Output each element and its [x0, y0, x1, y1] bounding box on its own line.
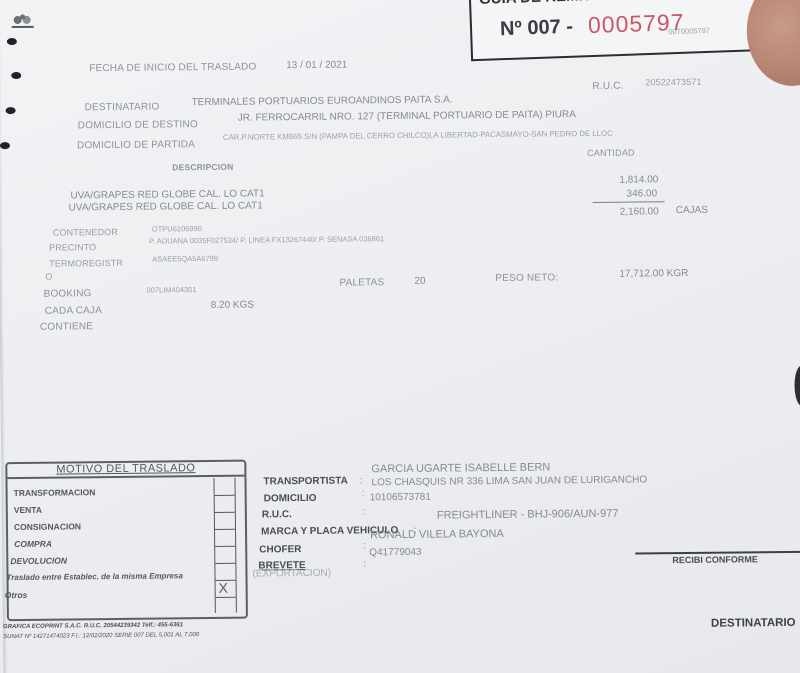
reason-checkbox-column: X — [213, 478, 236, 613]
carrier-colon-1: : — [359, 475, 362, 486]
destination-value: JR. FERROCARRIL NRO. 127 (TERMINAL PORTU… — [238, 109, 576, 124]
carrier-ruc: 10106573781 — [370, 492, 431, 504]
start-date-label: FECHA DE INICIO DEL TRASLADO — [89, 61, 256, 74]
reason-compra: COMPRA — [14, 539, 52, 549]
recipient-signature-label: DESTINATARIO — [711, 617, 796, 630]
origin-label: DOMICILIO DE PARTIDA — [77, 139, 195, 151]
binder-hole-icon — [0, 142, 10, 149]
finger-holding-document — [746, 0, 800, 86]
box-contains-value: 8.20 KGS — [211, 300, 254, 311]
vehicle-value: FREIGHTLINER - BHJ-906/AUN-977 — [437, 508, 619, 522]
sum-line — [593, 201, 665, 203]
document-series: Nº 007 - — [500, 16, 574, 42]
start-date-value: 13 / 01 / 2021 — [286, 60, 347, 72]
recorder-value: ASAEE5QA5A6799 — [152, 254, 218, 264]
reason-venta: VENTA — [14, 505, 42, 515]
driver-label: CHOFER — [259, 544, 301, 555]
carrier-ruc-label: R.U.C. — [262, 509, 292, 520]
carrier-label: TRANSPORTISTA — [263, 476, 347, 488]
barcode-number: 0070005797 — [668, 26, 710, 36]
ruc-value: 20522473571 — [645, 77, 701, 88]
items-total: 2,160.00 — [620, 206, 659, 217]
pallets-value: 20 — [414, 276, 425, 287]
checkbox-transformacion[interactable] — [214, 478, 234, 496]
items-unit: CAJAS — [676, 205, 708, 216]
document-title: GUIA DE REMISION — [479, 0, 620, 8]
carrier-colon-3: : — [363, 506, 366, 517]
reason-consignacion: CONSIGNACION — [14, 521, 81, 532]
reason-otros: Otros — [5, 590, 28, 600]
received-label: RECIBI CONFORME — [672, 554, 758, 565]
seal-value: P. ADUANA 0035F027534/ P. LINEA FX132674… — [149, 234, 384, 245]
check-x-icon: X — [219, 581, 229, 596]
checkbox-traslado-misma-empresa[interactable] — [215, 563, 235, 581]
other-reason-value: (EXPORTACION) — [252, 568, 331, 580]
item-row-1-description: UVA/GRAPES RED GLOBE CAL. LO CAT1 — [70, 188, 264, 201]
sunat-info: SUNAT Nº 14271474023 F.I.: 12/02/2020 SE… — [3, 632, 199, 640]
description-header: DESCRIPCION — [172, 162, 233, 173]
carrier-value: GARCIA UGARTE ISABELLE BERN — [371, 461, 550, 475]
driver-value: RONALD VILELA BAYONA — [370, 528, 504, 541]
seal-label: PRECINTO — [49, 242, 96, 252]
binder-hole-icon — [6, 107, 16, 114]
transfer-reason-title: MOTIVO DEL TRASLADO — [7, 462, 244, 479]
binder-hole-icon — [11, 72, 21, 79]
finger-edge — [794, 366, 800, 406]
quantity-header: CANTIDAD — [587, 148, 635, 158]
net-weight-label: PESO NETO: — [495, 272, 558, 284]
reason-transformacion: TRANSFORMACION — [14, 487, 96, 498]
recipient-label: DESTINATARIO — [85, 102, 160, 114]
recipient-name: TERMINALES PORTUARIOS EUROANDINOS PAITA … — [191, 94, 452, 108]
net-weight-value: 17,712.00 KGR — [619, 268, 688, 280]
recorder-label-cont: O — [45, 272, 52, 282]
binder-hole-icon — [7, 38, 17, 45]
reason-devolucion: DEVOLUCION — [10, 555, 67, 566]
destination-label: DOMICILIO DE DESTINO — [78, 119, 198, 131]
carrier-colon-5: : — [363, 540, 366, 551]
checkbox-blank[interactable] — [216, 597, 236, 614]
signature-line — [635, 551, 800, 554]
pallets-label: PALETAS — [339, 277, 384, 288]
carrier-colon-6: : — [363, 558, 366, 569]
recorder-label: TERMOREGISTR — [49, 258, 123, 269]
box-contains-label-2: CONTIENE — [40, 321, 93, 333]
item-row-2-quantity: 346.00 — [626, 188, 657, 199]
checkbox-devolucion[interactable] — [215, 546, 235, 564]
printer-info: GRAFICA ECOPRINT S.A.C. R.U.C. 205442393… — [3, 622, 183, 630]
checkbox-consignacion[interactable] — [215, 512, 235, 530]
transfer-reason-box: MOTIVO DEL TRASLADO TRANSFORMACION VENTA… — [5, 460, 248, 622]
checkbox-venta[interactable] — [215, 495, 235, 513]
address-label: DOMICILIO — [264, 493, 317, 505]
checkbox-compra[interactable] — [215, 529, 235, 547]
reason-traslado-misma-empresa: Traslado entre Establec. de la misma Emp… — [6, 571, 182, 582]
ruc-label: R.U.C. — [592, 81, 623, 92]
carrier-address: LOS CHASQUIS NR 336 LIMA SAN JUAN DE LUR… — [371, 474, 647, 488]
box-contains-label-1: CADA CAJA — [45, 305, 102, 317]
item-row-2-description: UVA/GRAPES RED GLOBE CAL. LO CAT1 — [69, 200, 263, 213]
item-row-1-quantity: 1,814.00 — [619, 174, 658, 185]
printer-logo-icon — [9, 14, 37, 30]
container-label: CONTENEDOR — [53, 227, 118, 238]
origin-value: CAR.P.NORTE KM665 S/N (PAMPA DEL CERRO C… — [223, 129, 613, 142]
remission-guide-document: GUIA DE REMISION Nº 007 - 0005797 007000… — [0, 0, 800, 673]
booking-label: BOOKING — [43, 288, 91, 300]
license-value: Q41779043 — [369, 547, 421, 559]
checkbox-otros[interactable]: X — [216, 580, 236, 598]
container-value: OTPU6106990 — [152, 224, 202, 234]
carrier-colon-2: : — [362, 488, 365, 499]
booking-value: 007LIM404301 — [146, 285, 196, 295]
